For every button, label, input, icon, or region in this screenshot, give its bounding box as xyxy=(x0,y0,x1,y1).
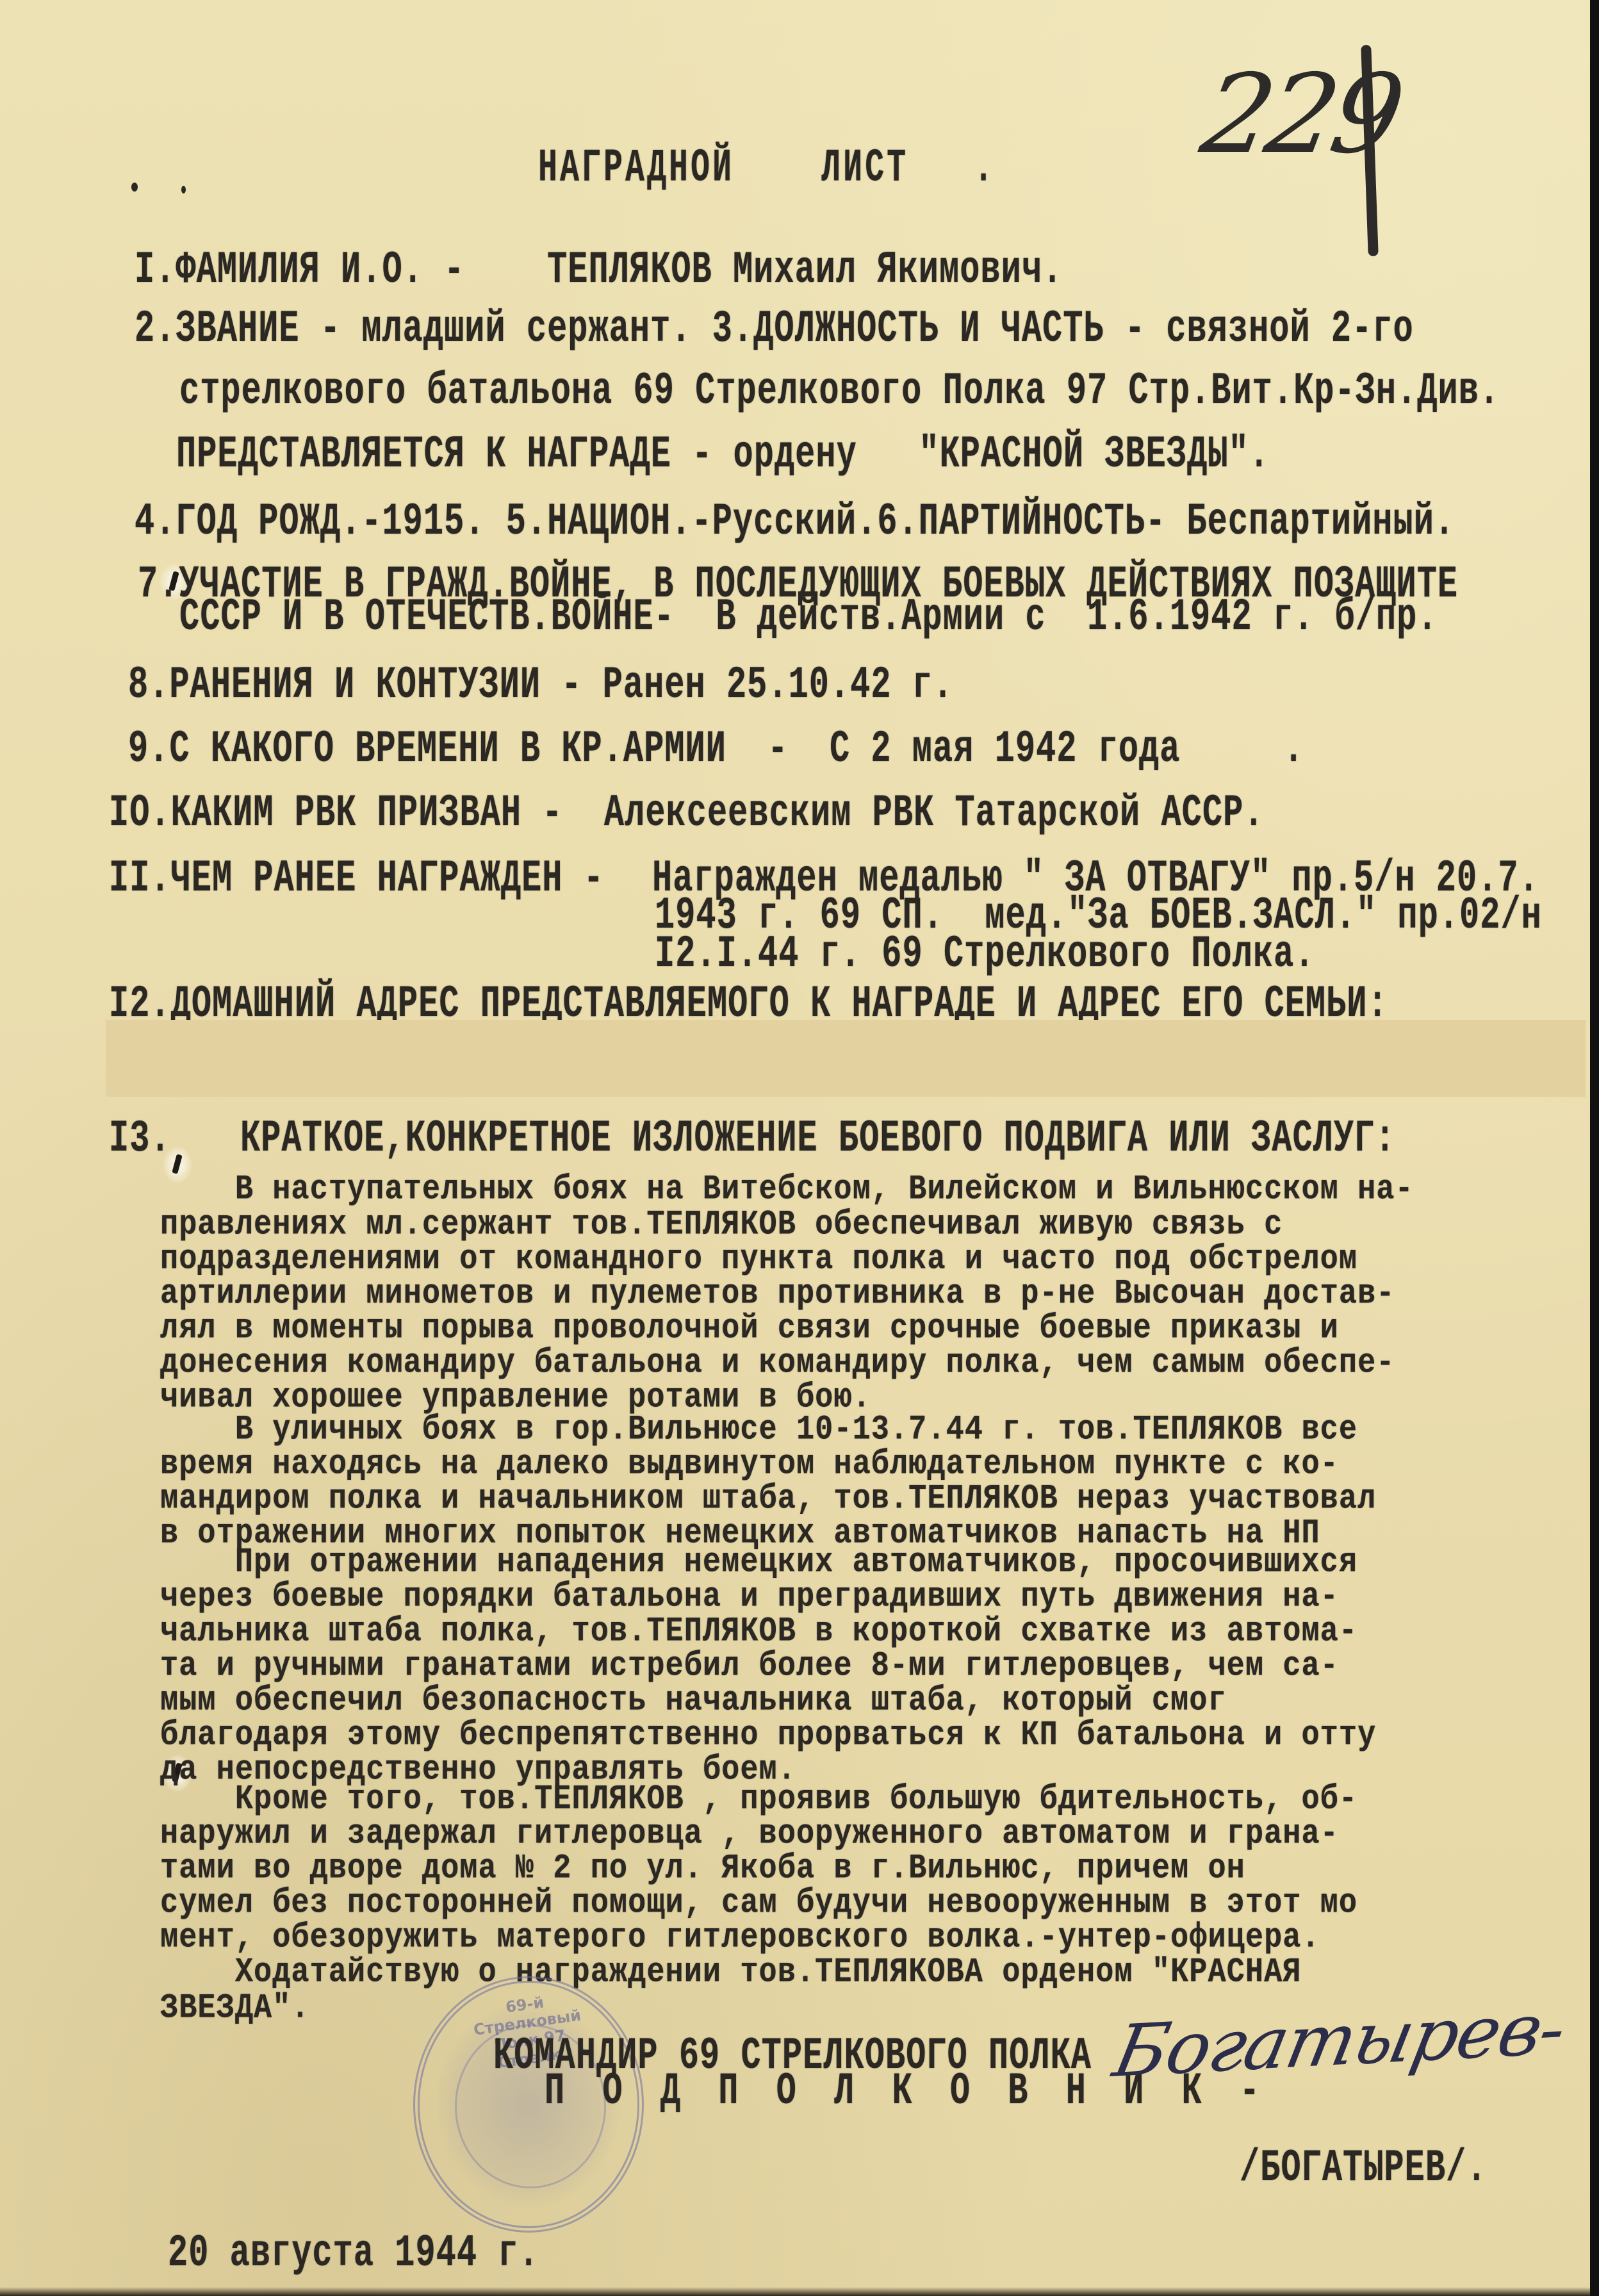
field-2-3-rank-position: 2.ЗВАНИЕ - младший сержант. 3.ДОЛЖНОСТЬ … xyxy=(135,304,1414,355)
narrative-line: правлениях мл.сержант тов.ТЕПЛЯКОВ обесп… xyxy=(160,1208,1283,1242)
narrative-line: мым обеспечил безопасность начальника шт… xyxy=(160,1684,1227,1718)
narrative-line: Кроме того, тов.ТЕПЛЯКОВ , проявив больш… xyxy=(160,1782,1357,1817)
narrative-line: та и ручными гранатами истребил более 8-… xyxy=(160,1649,1339,1684)
narrative-line: сумел без посторонней помощи, сам будучи… xyxy=(160,1886,1357,1921)
field-3-unit: стрелкового батальона 69 Стрелкового Пол… xyxy=(179,366,1500,417)
field-1-name: I.ФАМИЛИЯ И.О. - ТЕПЛЯКОВ Михаил Якимови… xyxy=(135,245,1063,296)
narrative-line: лял в моменты порыва проволочной связи с… xyxy=(160,1311,1339,1346)
scan-edge-bottom xyxy=(0,2287,1590,2296)
narrative-line: время находясь на далеко выдвинутом набл… xyxy=(160,1447,1339,1482)
field-11-awards-line3: I2.I.44 г. 69 Стрелкового Полка. xyxy=(655,929,1315,980)
narrative-line: благодаря этому беспрепятственно прорват… xyxy=(160,1718,1376,1753)
narrative-line: Ходатайствую о награждении тов.ТЕПЛЯКОВА… xyxy=(160,1955,1301,1990)
narrative-line: тами во дворе дома № 2 по ул. Якоба в г.… xyxy=(160,1851,1245,1886)
redacted-address-block xyxy=(106,1020,1586,1097)
narrative-line: В наступательных боях на Витебском, Виле… xyxy=(160,1172,1414,1207)
field-13-number: I3. xyxy=(109,1113,171,1165)
narrative-line: мандиром полка и начальником штаба, тов.… xyxy=(160,1482,1376,1516)
scan-edge-right xyxy=(1590,0,1599,2296)
narrative-line: наружил и задержал гитлеровца , вооружен… xyxy=(160,1817,1339,1851)
narrative-line: мент, обезоружить матерого гитлеровского… xyxy=(160,1921,1320,1955)
document-title: НАГРАДНОЙ ЛИСТ . xyxy=(538,142,996,195)
margin-mark xyxy=(181,186,186,193)
narrative-line: артиллерии минометов и пулеметов противн… xyxy=(160,1277,1395,1311)
document-date: 20 августа 1944 г. xyxy=(168,2228,539,2279)
narrative-line: донесения командиру батальона и командир… xyxy=(160,1346,1395,1381)
narrative-line: чальника штаба полка, тов.ТЕПЛЯКОВ в кор… xyxy=(160,1614,1357,1649)
field-9-service-start: 9.С КАКОГО ВРЕМЕНИ В КР.АРМИИ - С 2 мая … xyxy=(128,724,1304,775)
margin-mark xyxy=(131,183,138,192)
field-10-drafted-by: IO.КАКИМ РВК ПРИЗВАН - Алексеевским РВК … xyxy=(109,788,1264,839)
field-7-participation-line2: СССР И В ОТЕЧЕСТВ.ВОЙНЕ- В действ.Армии … xyxy=(179,592,1438,643)
award-nomination: ПРЕДСТАВЛЯЕТСЯ К НАГРАДЕ - ордену "КРАСН… xyxy=(176,429,1270,480)
narrative-line: ЗВЕЗДА". xyxy=(160,1991,310,2026)
field-4-6-birth-nationality-party: 4.ГОД РОЖД.-1915. 5.НАЦИОН.-Русский.6.ПА… xyxy=(135,496,1455,548)
signatory-typed-name: /БОГАТЫРЕВ/. xyxy=(1240,2143,1487,2194)
field-8-wounds: 8.РАНЕНИЯ И КОНТУЗИИ - Ранен 25.10.42 г. xyxy=(128,660,953,711)
narrative-line: В уличных боях в гор.Вильнюсе 10-13.7.44… xyxy=(160,1413,1357,1447)
handwritten-sheet-number: 229 xyxy=(1193,51,1408,178)
narrative-line: При отражении нападения немецких автомат… xyxy=(160,1545,1357,1580)
narrative-line: подразделениями от командного пункта пол… xyxy=(160,1242,1357,1277)
field-11-label: II.ЧЕМ РАНЕЕ НАГРАЖДЕН - xyxy=(109,853,604,905)
field-13-heading: КРАТКОЕ,КОНКРЕТНОЕ ИЗЛОЖЕНИЕ БОЕВОГО ПОД… xyxy=(240,1113,1395,1165)
narrative-line: через боевые порядки батальона и преград… xyxy=(160,1580,1339,1614)
